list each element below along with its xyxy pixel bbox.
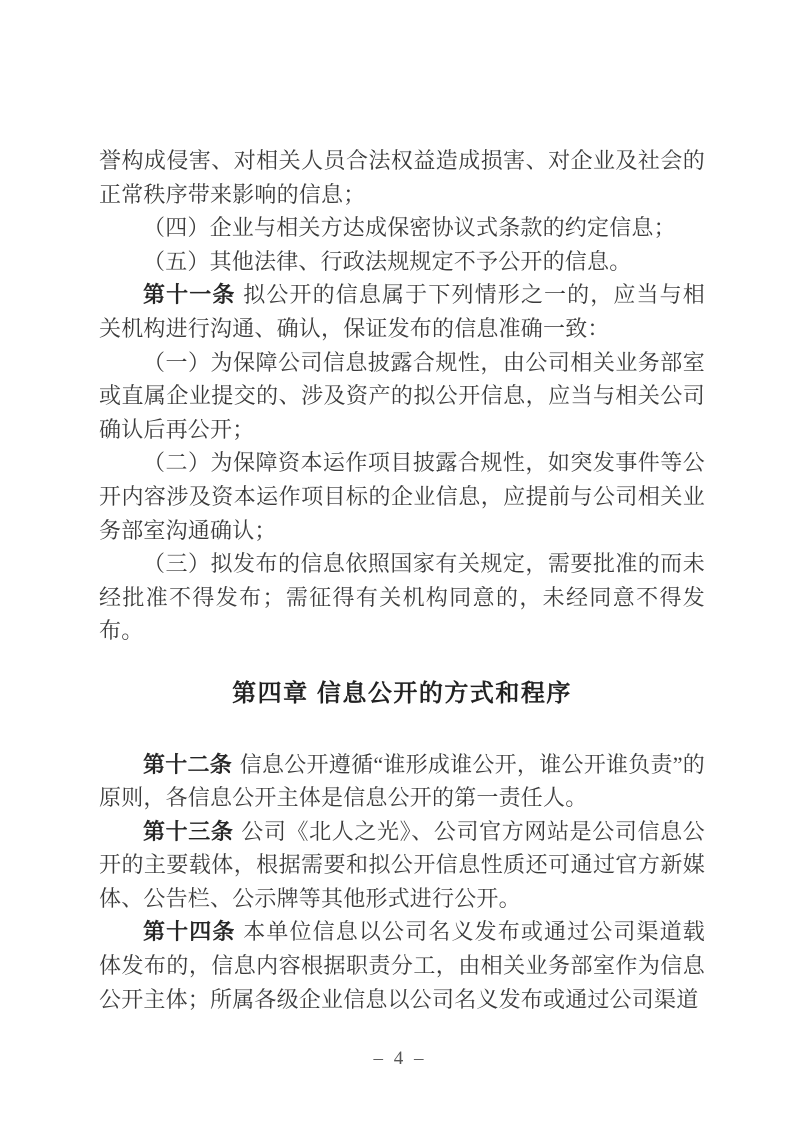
- article-13-label: 第十三条: [143, 819, 234, 844]
- article-11-paragraph: 第十一条拟公开的信息属于下列情形之一的，应当与相关机构进行沟通、确认，保证发布的…: [99, 278, 705, 345]
- article-11-label: 第十一条: [143, 282, 236, 307]
- sub-item-1: （一）为保障公司信息披露合规性，由公司相关业务部室或直属企业提交的、涉及资产的拟…: [99, 346, 705, 447]
- paragraph-text: （三）拟发布的信息依照国家有关规定，需要批准的而未经批准不得发布；需征得有关机构…: [99, 551, 705, 643]
- chapter-heading: 第四章 信息公开的方式和程序: [99, 677, 705, 711]
- paragraph-continuation: 誉构成侵害、对相关人员合法权益造成损害、对企业及社会的正常秩序带来影响的信息；: [99, 144, 705, 211]
- page-number: – 4 –: [0, 1046, 800, 1072]
- list-item-5: （五）其他法律、行政法规规定不予公开的信息。: [99, 245, 705, 279]
- document-page: 誉构成侵害、对相关人员合法权益造成损害、对企业及社会的正常秩序带来影响的信息； …: [0, 0, 800, 1131]
- paragraph-text: （四）企业与相关方达成保密协议式条款的约定信息；: [143, 215, 676, 240]
- article-14-label: 第十四条: [143, 919, 236, 944]
- paragraph-text: 誉构成侵害、对相关人员合法权益造成损害、对企业及社会的正常秩序带来影响的信息；: [99, 148, 705, 207]
- article-12-label: 第十二条: [143, 752, 232, 777]
- article-13-paragraph: 第十三条公司《北人之光》、公司官方网站是公司信息公开的主要载体，根据需要和拟公开…: [99, 815, 705, 916]
- paragraph-text: （五）其他法律、行政法规规定不予公开的信息。: [143, 249, 631, 274]
- article-14-paragraph: 第十四条本单位信息以公司名义发布或通过公司渠道载体发布的，信息内容根据职责分工，…: [99, 915, 705, 1016]
- sub-item-3: （三）拟发布的信息依照国家有关规定，需要批准的而未经批准不得发布；需征得有关机构…: [99, 547, 705, 648]
- paragraph-text: （一）为保障公司信息披露合规性，由公司相关业务部室或直属企业提交的、涉及资产的拟…: [99, 350, 705, 442]
- paragraph-text: （二）为保障资本运作项目披露合规性，如突发事件等公开内容涉及资本运作项目标的企业…: [99, 450, 705, 542]
- sub-item-2: （二）为保障资本运作项目披露合规性，如突发事件等公开内容涉及资本运作项目标的企业…: [99, 446, 705, 547]
- document-body: 誉构成侵害、对相关人员合法权益造成损害、对企业及社会的正常秩序带来影响的信息； …: [99, 144, 705, 1016]
- article-12-paragraph: 第十二条信息公开遵循“谁形成谁公开，谁公开谁负责”的原则，各信息公开主体是信息公…: [99, 748, 705, 815]
- list-item-4: （四）企业与相关方达成保密协议式条款的约定信息；: [99, 211, 705, 245]
